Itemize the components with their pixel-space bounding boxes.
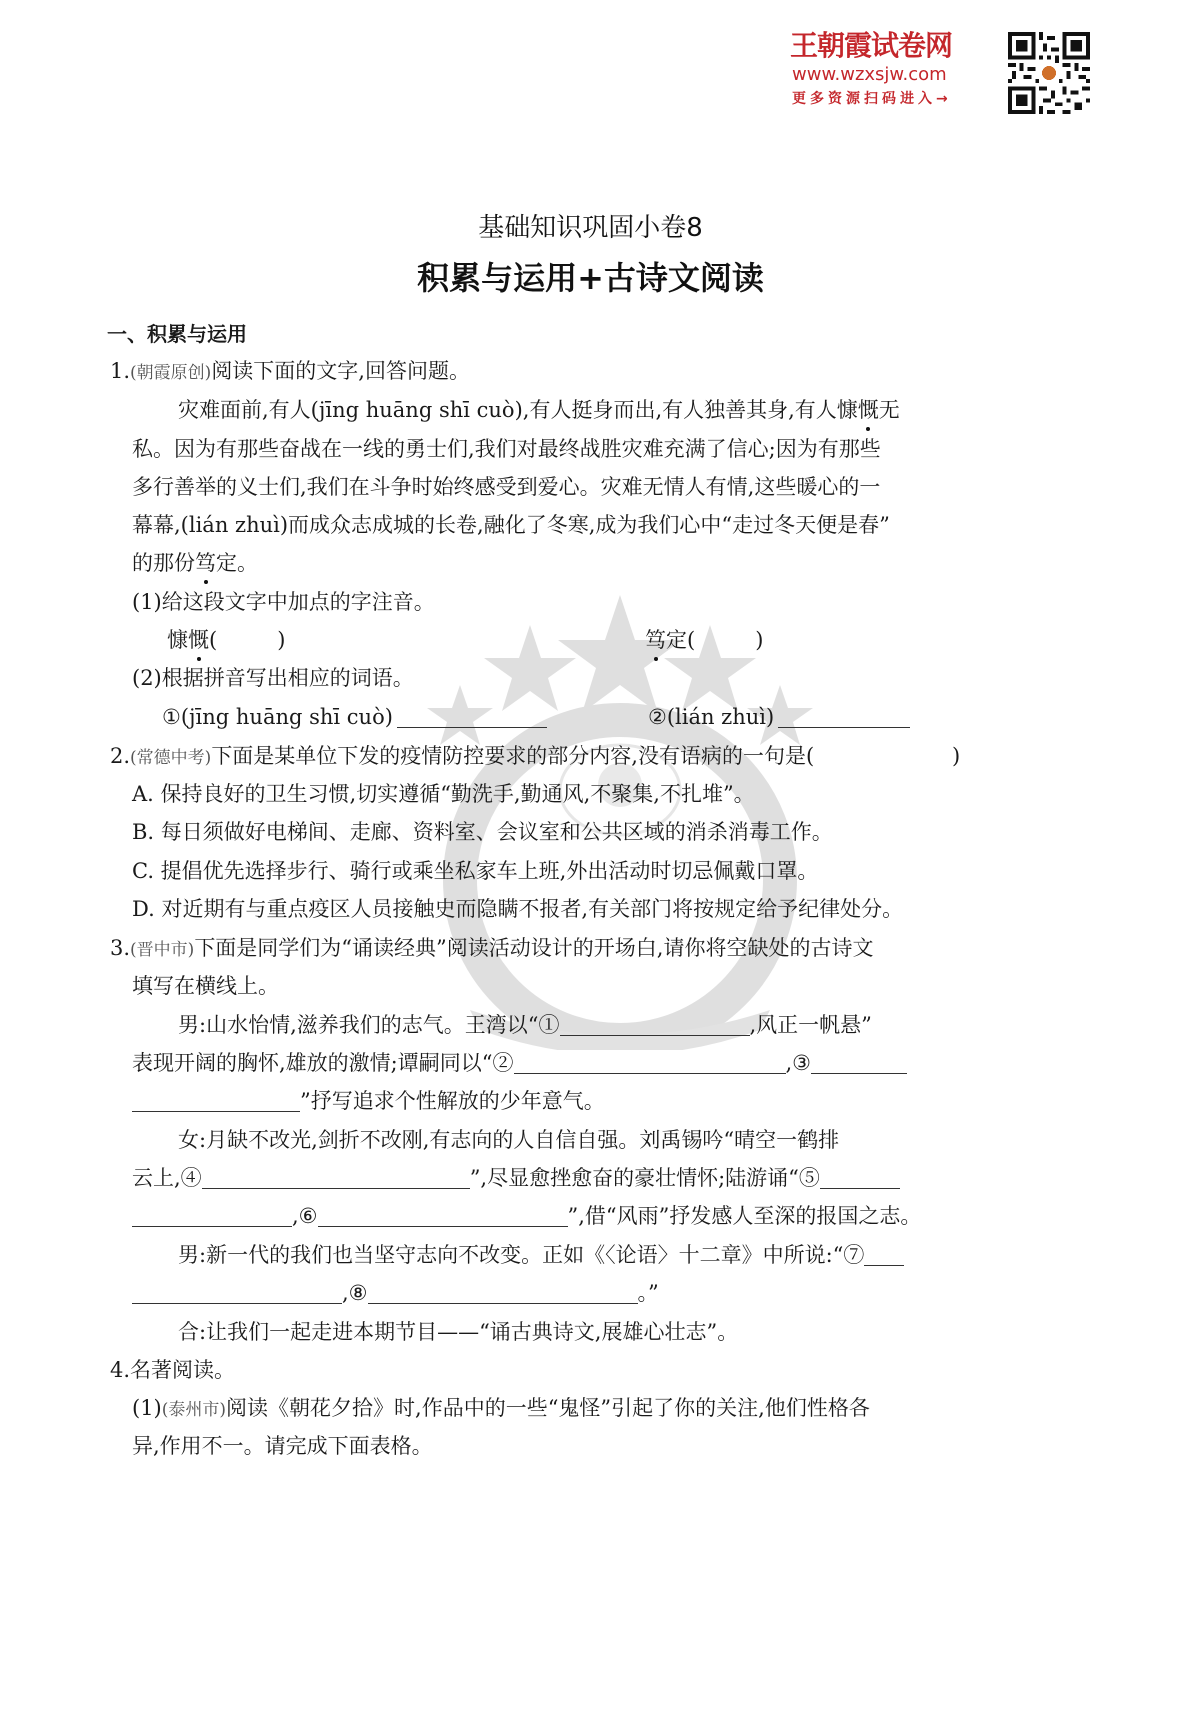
dialogue-line: 合:让我们一起走进本期节目——“诵古典诗文,展雄心壮志”。 xyxy=(178,1318,738,1346)
question-1-header: 1.(朝霞原创)阅读下面的文字,回答问题。 xyxy=(110,357,470,387)
fill-blank-2[interactable] xyxy=(514,1051,786,1074)
dialogue-line: 男:新一代的我们也当坚守志向不改变。正如《〈论语〉十二章》中所说:“⑦ xyxy=(178,1241,904,1269)
dialogue-line: ”抒写追求个性解放的少年意气。 xyxy=(132,1087,605,1115)
option-b: B. 每日须做好电梯间、走廊、资料室、会议室和公共区域的消杀消毒工作。 xyxy=(132,818,833,846)
question-source: (泰州市) xyxy=(162,1400,226,1420)
dialogue-text: ”,借“风雨”抒发感人至深的报国之志。 xyxy=(568,1204,922,1228)
answer-paren-close: ) xyxy=(952,742,960,770)
item-text: 定 xyxy=(666,628,687,652)
fill-blank-5[interactable] xyxy=(820,1166,900,1189)
pinyin-item-1: 慷慨() xyxy=(167,626,285,654)
dialogue-text: 表现开阔的胸怀,雄放的激情;谭嗣同以“② xyxy=(132,1051,514,1075)
dialogue-text: ”抒写追求个性解放的少年意气。 xyxy=(300,1089,605,1113)
dialogue-text: 。” xyxy=(638,1281,659,1305)
passage-line: 私。因为有那些奋战在一线的勇士们,我们对最终战胜灾难充满了信心;因为有那些 xyxy=(132,435,881,463)
question-3-header: 3.(晋中市)下面是同学们为“诵读经典”阅读活动设计的开场白,请你将空缺处的古诗… xyxy=(110,934,873,964)
fill-blank-5-cont[interactable] xyxy=(132,1204,292,1227)
fill-blank-7[interactable] xyxy=(864,1243,904,1266)
fill-blank-8[interactable] xyxy=(368,1281,638,1304)
passage-text: 的那份 xyxy=(132,551,195,575)
pinyin-item-2: 笃定() xyxy=(645,626,763,654)
dialogue-text: ”,尽显愈挫愈奋的豪壮情怀;陆游诵“⑤ xyxy=(470,1166,820,1190)
question-number: 2. xyxy=(110,744,130,768)
question-prompt: 名著阅读。 xyxy=(130,1358,235,1382)
paren: ( xyxy=(687,628,695,652)
subquestion-2-label: (2)根据拼音写出相应的词语。 xyxy=(132,664,414,692)
fill-blank-6[interactable] xyxy=(318,1204,568,1227)
question-prompt: 下面是同学们为“诵读经典”阅读活动设计的开场白,请你将空缺处的古诗文 xyxy=(194,936,873,960)
question-prompt: 阅读下面的文字,回答问题。 xyxy=(211,359,470,383)
dialogue-text: 男:新一代的我们也当坚守志向不改变。正如《〈论语〉十二章》中所说:“⑦ xyxy=(178,1243,864,1267)
fill-blank-4[interactable] xyxy=(202,1166,470,1189)
dialogue-text: 男:山水怡情,滋养我们的志气。王湾以“① xyxy=(178,1013,560,1037)
item-text: 慷 xyxy=(167,628,188,652)
scan-prompt: 更多资源扫码进入→ xyxy=(792,90,952,108)
emphasis-char: 慨 xyxy=(188,626,209,654)
subquestion-4-1-cont: 异,作用不一。请完成下面表格。 xyxy=(132,1432,433,1460)
section-heading: 一、积累与运用 xyxy=(107,320,247,348)
fill-blank-1[interactable] xyxy=(560,1013,750,1036)
question-4-header: 4.名著阅读。 xyxy=(110,1356,235,1384)
answer-blank[interactable] xyxy=(397,705,547,728)
question-number: 1. xyxy=(110,359,130,383)
paren: ( xyxy=(209,628,217,652)
emphasis-char: 笃 xyxy=(195,549,216,577)
emphasis-char: 笃 xyxy=(645,626,666,654)
passage-line: 幕幕,(lián zhuì)而成众志成城的长卷,融化了冬寒,成为我们心中“走过冬… xyxy=(132,511,890,539)
dialogue-text: ,⑧ xyxy=(342,1281,368,1305)
passage-text: 无 xyxy=(879,398,900,422)
option-c: C. 提倡优先选择步行、骑行或乘坐私家车上班,外出活动时切忌佩戴口罩。 xyxy=(132,857,818,885)
passage-line: 灾难面前,有人(jīng huāng shī cuò),有人挺身而出,有人独善其… xyxy=(178,396,900,424)
dialogue-text: ,风正一帆悬” xyxy=(750,1013,872,1037)
dialogue-line: ,⑥”,借“风雨”抒发感人至深的报国之志。 xyxy=(132,1202,921,1230)
question-source: (常德中考) xyxy=(130,748,211,768)
subquestion-4-1: (1)(泰州市)阅读《朝花夕拾》时,作品中的一些“鬼怪”引起了你的关注,他们性格… xyxy=(132,1394,870,1424)
paren: ) xyxy=(755,628,763,652)
answer-choice-blank[interactable] xyxy=(900,742,950,770)
dialogue-line: 表现开阔的胸怀,雄放的激情;谭嗣同以“②,③ xyxy=(132,1049,907,1077)
question-number: 4. xyxy=(110,1358,130,1382)
question-source: (晋中市) xyxy=(130,940,194,960)
option-d: D. 对近期有与重点疫区人员接触史而隐瞒不报者,有关部门将按规定给予纪律处分。 xyxy=(132,895,903,923)
dialogue-line: 云上,④”,尽显愈挫愈奋的豪壮情怀;陆游诵“⑤ xyxy=(132,1164,900,1192)
passage-line: 的那份笃定。 xyxy=(132,549,258,577)
dialogue-line: ,⑧。” xyxy=(132,1279,659,1307)
passage-text: 定。 xyxy=(216,551,258,575)
dialogue-line: 女:月缺不改光,剑折不改刚,有志向的人自信自强。刘禹锡吟“晴空一鹤排 xyxy=(178,1126,839,1154)
fill-blank-3[interactable] xyxy=(811,1051,907,1074)
subquestion-text: 阅读《朝花夕拾》时,作品中的一些“鬼怪”引起了你的关注,他们性格各 xyxy=(226,1396,870,1420)
qr-code-icon[interactable] xyxy=(1008,32,1090,114)
answer-blank[interactable] xyxy=(778,705,910,728)
option-a: A. 保持良好的卫生习惯,切实遵循“勤洗手,勤通风,不聚集,不扎堆”。 xyxy=(132,780,755,808)
fill-blank-3-cont[interactable] xyxy=(132,1089,300,1112)
paper-title: 积累与运用+古诗文阅读 xyxy=(0,258,1181,298)
question-source: (朝霞原创) xyxy=(130,363,211,383)
paper-subtitle: 基础知识巩固小卷8 xyxy=(0,212,1181,244)
question-number: 3. xyxy=(110,936,130,960)
passage-text: 慷 xyxy=(837,398,858,422)
dialogue-text: 云上,④ xyxy=(132,1166,202,1190)
passage-text: 灾难面前,有人(jīng huāng shī cuò),有人挺身而出,有人独善其… xyxy=(178,398,837,422)
question-prompt-cont: 填写在横线上。 xyxy=(132,972,279,1000)
item-text: ①(jīng huāng shī cuò) xyxy=(162,705,393,729)
brand-name: 王朝霞试卷网 xyxy=(790,30,952,62)
question-2-header: 2.(常德中考)下面是某单位下发的疫情防控要求的部分内容,没有语病的一句是( xyxy=(110,742,814,772)
dialogue-text: ,③ xyxy=(786,1051,812,1075)
item-text: ②(lián zhuì) xyxy=(648,705,774,729)
paren: ) xyxy=(277,628,285,652)
question-prompt: 下面是某单位下发的疫情防控要求的部分内容,没有语病的一句是( xyxy=(211,744,814,768)
subquestion-1-label: (1)给这段文字中加点的字注音。 xyxy=(132,588,435,616)
emphasis-char: 慨 xyxy=(858,396,879,424)
word-item-2: ②(lián zhuì) xyxy=(648,703,910,731)
word-item-1: ①(jīng huāng shī cuò) xyxy=(162,703,547,731)
dialogue-text: ,⑥ xyxy=(292,1204,318,1228)
dialogue-line: 男:山水怡情,滋养我们的志气。王湾以“①,风正一帆悬” xyxy=(178,1011,872,1039)
site-url[interactable]: www.wzxsjw.com xyxy=(792,64,947,86)
passage-line: 多行善举的义士们,我们在斗争时始终感受到爱心。灾难无情人有情,这些暖心的一 xyxy=(132,473,880,501)
subquestion-label: (1) xyxy=(132,1396,162,1420)
fill-blank-7-cont[interactable] xyxy=(132,1281,342,1304)
